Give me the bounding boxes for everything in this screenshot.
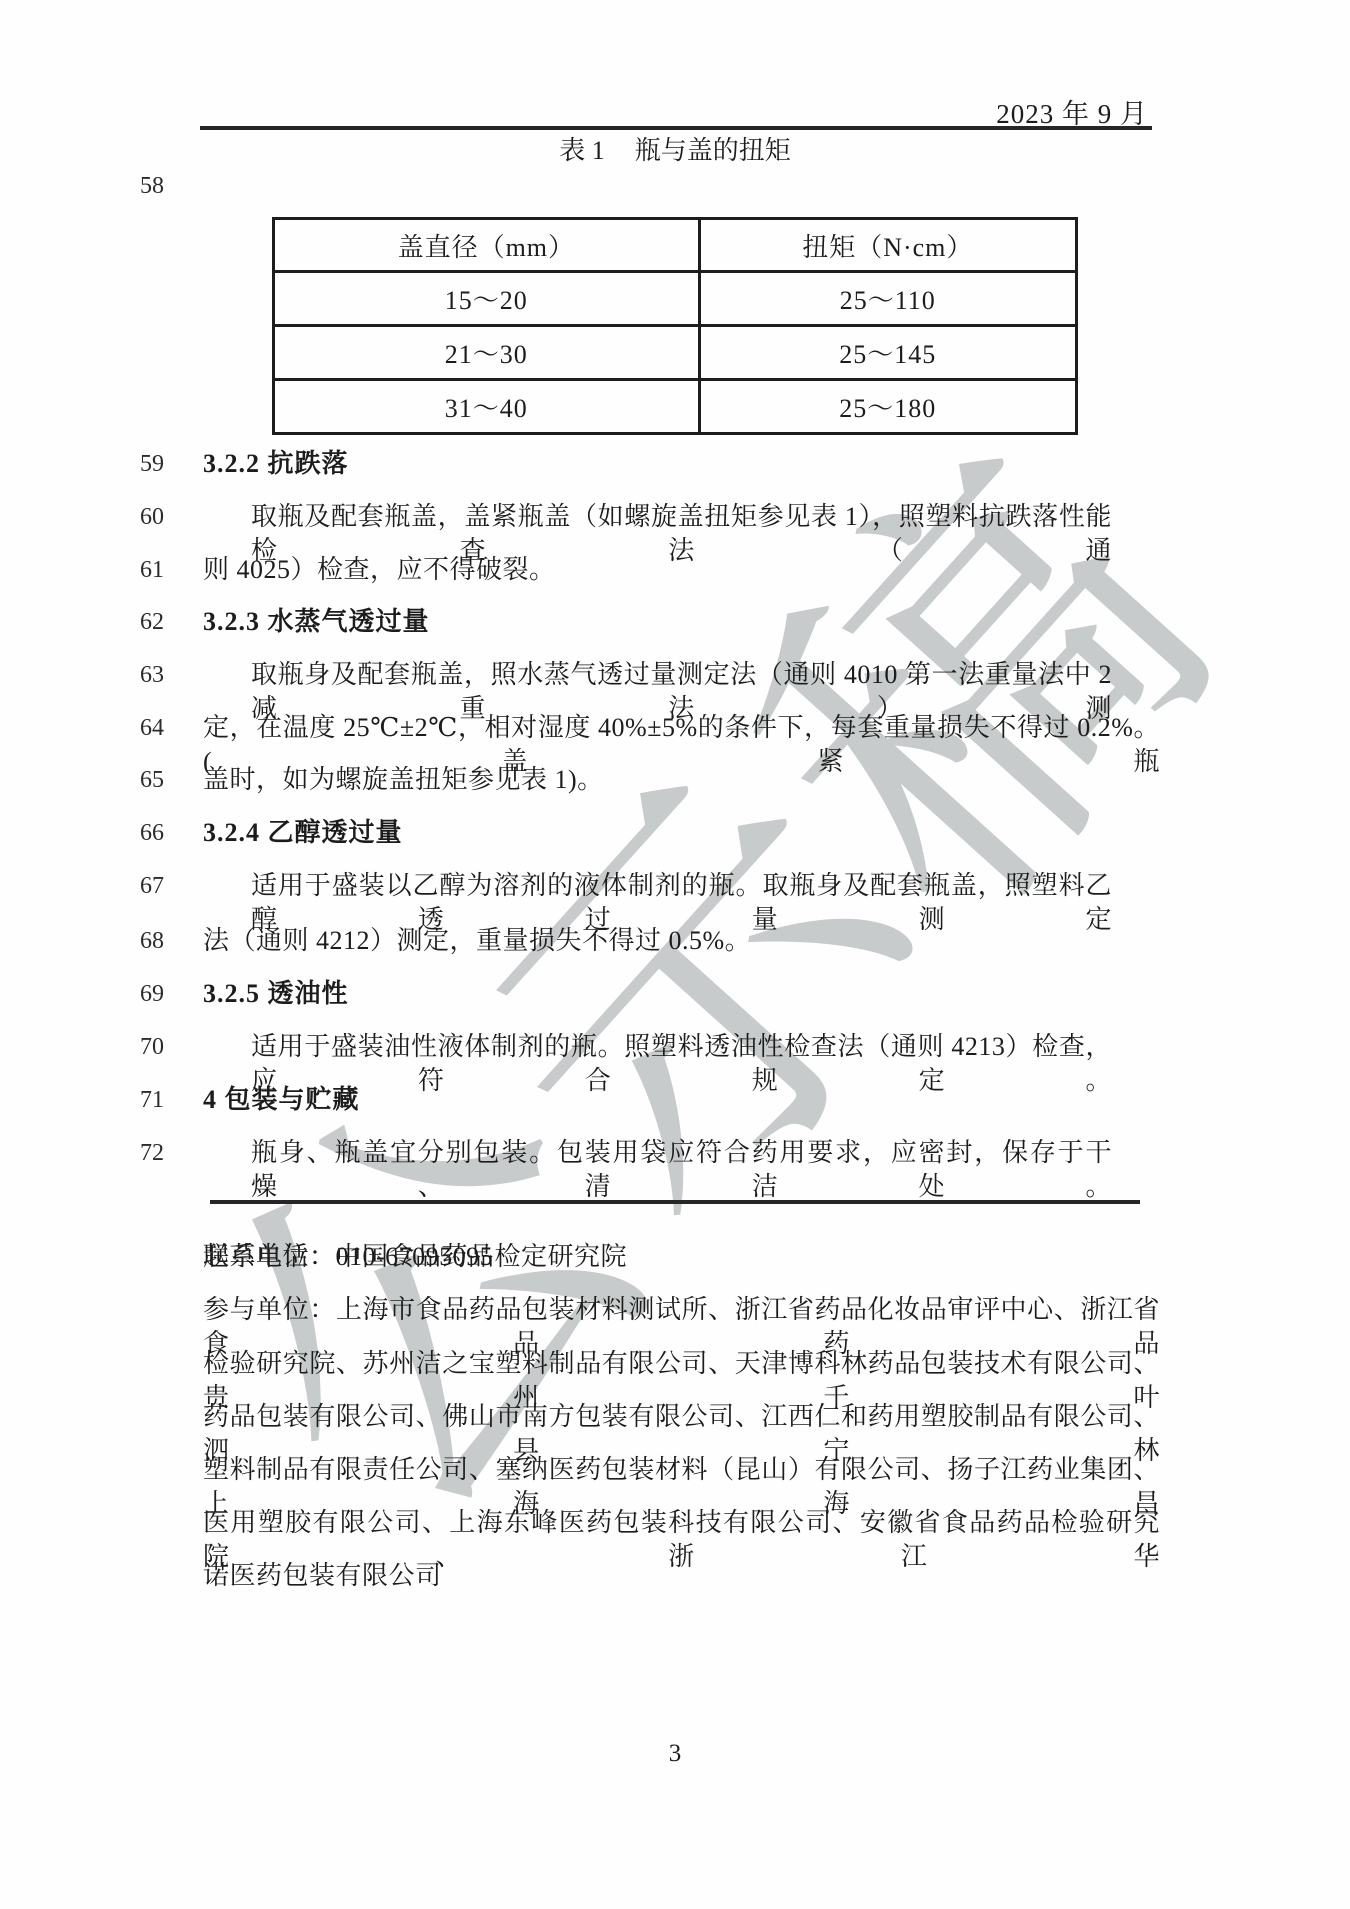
line-number: 62 <box>140 605 186 639</box>
line-number: 65 <box>140 763 186 797</box>
line-number: 72 <box>140 1136 186 1170</box>
participants-text: 诺医药包装有限公司 <box>203 1559 1160 1593</box>
page-number: 3 <box>0 1740 1350 1768</box>
section-heading: 3.2.5 透油性 <box>203 977 1160 1011</box>
footer-rule <box>210 1200 1140 1204</box>
contact-phone: 联系电话：010-67095095 <box>203 1240 1160 1274</box>
table-cell: 15～20 <box>274 272 700 326</box>
line-number: 67 <box>140 869 186 903</box>
line-number-58: 58 <box>140 173 186 200</box>
content-layer: 2023 年 9 月 58 表 1 瓶与盖的扭矩 盖直径（mm） 扭矩（N·cm… <box>0 0 1350 1909</box>
table-row: 21～30 25～145 <box>274 326 1077 380</box>
table-cell: 21～30 <box>274 326 700 380</box>
line-number: 61 <box>140 553 186 587</box>
table-cell: 31～40 <box>274 380 700 434</box>
torque-table: 盖直径（mm） 扭矩（N·cm） 15～20 25～110 21～30 25～1… <box>272 217 1078 435</box>
document-page: 公示稿 2023 年 9 月 58 表 1 瓶与盖的扭矩 盖直径（mm） 扭矩（… <box>0 0 1350 1909</box>
table-caption: 表 1 瓶与盖的扭矩 <box>272 131 1078 165</box>
line-number: 68 <box>140 924 186 958</box>
table-header-torque: 扭矩（N·cm） <box>699 219 1076 272</box>
paragraph-line: 瓶身、瓶盖宜分别包装。包装用袋应符合药用要求，应密封，保存于干燥、清洁处。 <box>203 1136 1112 1204</box>
line-number: 59 <box>140 447 186 481</box>
paragraph-line: 盖时，如为螺旋盖扭矩参见表 1)。 <box>203 763 1160 797</box>
line-number: 69 <box>140 977 186 1011</box>
line-number: 66 <box>140 816 186 850</box>
table-header-row: 盖直径（mm） 扭矩（N·cm） <box>274 219 1077 272</box>
table-header-cap-diameter: 盖直径（mm） <box>274 219 700 272</box>
line-number: 63 <box>140 658 186 692</box>
paragraph-line: 则 4025）检查，应不得破裂。 <box>203 553 1160 587</box>
line-number: 64 <box>140 711 186 745</box>
table-cell: 25～110 <box>699 272 1076 326</box>
table-label: 表 1 <box>559 130 605 167</box>
section-heading: 3.2.3 水蒸气透过量 <box>203 605 1160 639</box>
line-number: 60 <box>140 500 186 534</box>
section-heading: 3.2.2 抗跌落 <box>203 447 1160 481</box>
section-heading: 4 包装与贮藏 <box>203 1083 1160 1117</box>
table-cell: 25～145 <box>699 326 1076 380</box>
line-number: 71 <box>140 1083 186 1117</box>
section-heading: 3.2.4 乙醇透过量 <box>203 816 1160 850</box>
line-number: 70 <box>140 1030 186 1064</box>
paragraph-line: 法（通则 4212）测定，重量损失不得过 0.5%。 <box>203 924 1160 958</box>
table-row: 31～40 25～180 <box>274 380 1077 434</box>
table-title: 瓶与盖的扭矩 <box>635 130 791 167</box>
table-cell: 25～180 <box>699 380 1076 434</box>
table-row: 15～20 25～110 <box>274 272 1077 326</box>
